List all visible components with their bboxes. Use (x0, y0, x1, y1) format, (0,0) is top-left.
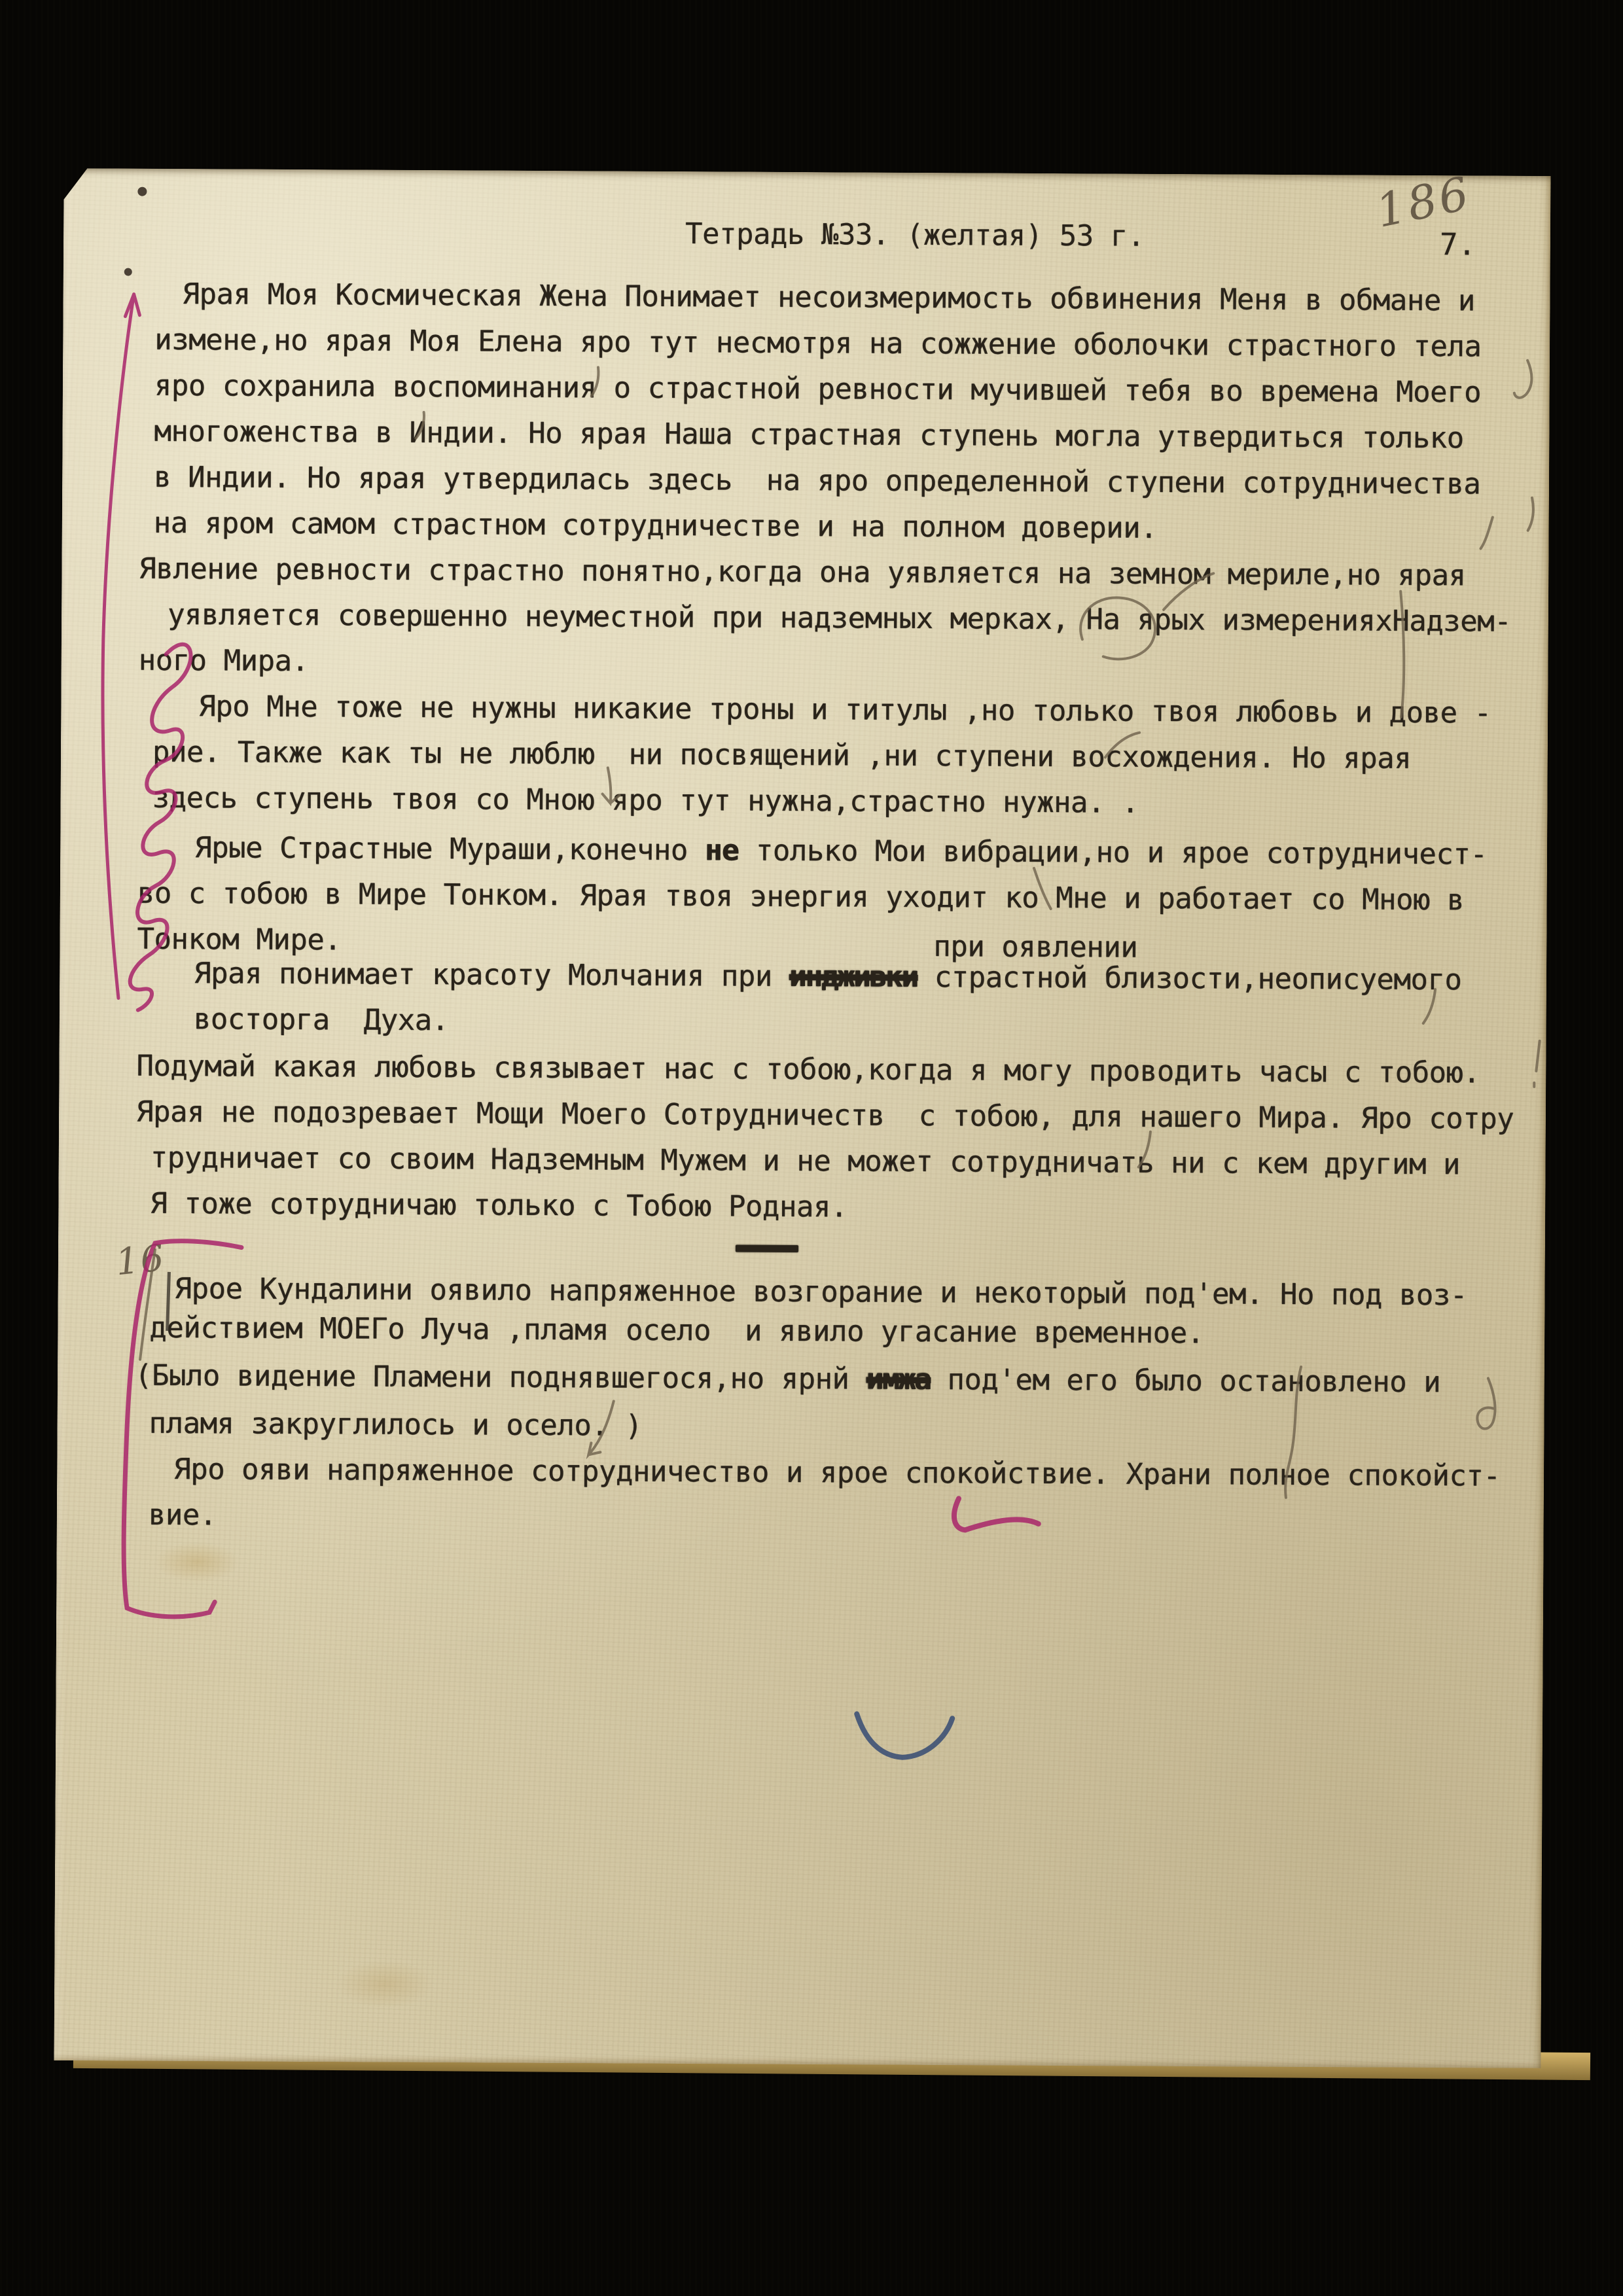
blue-ink-stroke (857, 1714, 952, 1757)
ink-speck (124, 268, 132, 276)
pencil-slash-under-konechno (1034, 868, 1051, 909)
pink-bracket (123, 1241, 241, 1617)
pencil-arrow-under-plameni (588, 1401, 613, 1455)
pink-margin-cursive-note (130, 644, 190, 1010)
pencil-comma-after-blizosti (1423, 989, 1435, 1023)
pink-margin-line (101, 294, 134, 998)
pencil-comma-after-toboyu-line19 (1139, 1132, 1150, 1167)
pencil-vertical-through-izmereniyah (1400, 592, 1404, 717)
pencil-arrow-under-ty (603, 768, 620, 803)
pencil-slash-near-doverii (1481, 517, 1493, 548)
pencil-tick-above-stupeni (1105, 732, 1139, 757)
pencil-comma-under-tut (592, 367, 599, 396)
pencil-circle-around-na (1080, 597, 1155, 660)
pencil-loop-after-ostanovleno (1477, 1378, 1495, 1428)
pencil-slash-line5-end (1528, 498, 1533, 531)
ink-speck (137, 187, 147, 196)
scanned-page: 186 7. Тетрадь №33. (желтая) 53 г. Ярая … (54, 168, 1550, 2068)
pink-check-stroke (954, 1498, 1039, 1530)
pencil-diagonal-above-na (1164, 573, 1213, 610)
scanner-bed: { "scan": { "background_color": "#070604… (0, 0, 1623, 2296)
pencil-comma-after-revnosti (416, 412, 424, 438)
pencil-exclamation-after-toboyu (1534, 1041, 1539, 1087)
pencil-squiggle-through-bylo (1285, 1367, 1301, 1498)
handwritten-annotations-layer (54, 168, 1550, 2068)
pencil-hook-after-tela (1514, 361, 1532, 398)
